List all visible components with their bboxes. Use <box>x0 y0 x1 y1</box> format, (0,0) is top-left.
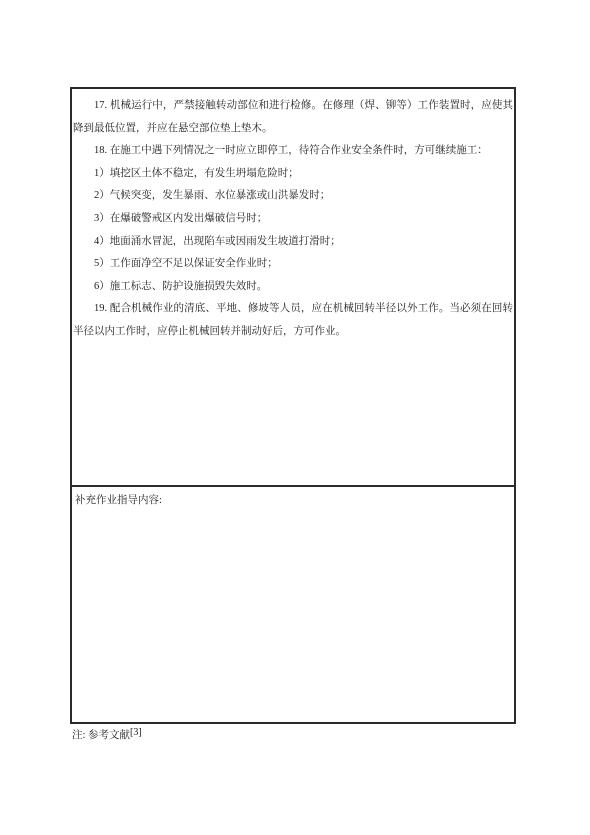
instructions-cell: 17. 机械运行中，严禁接触转动部位和进行检修。在修理（焊、铆等）工作装置时，应… <box>72 89 514 487</box>
paragraph-subitem-1: 1）填挖区土体不稳定，有发生坍塌危险时； <box>73 163 513 186</box>
note-text: 注: 参考文献 <box>72 730 130 741</box>
supplement-label: 补充作业指导内容: <box>75 493 511 508</box>
paragraph-subitem-3: 3）在爆破警戒区内发出爆破信号时； <box>73 208 513 231</box>
document-page: 17. 机械运行中，严禁接触转动部位和进行检修。在修理（焊、铆等）工作装置时，应… <box>0 0 590 835</box>
safety-instructions-table: 17. 机械运行中，严禁接触转动部位和进行检修。在修理（焊、铆等）工作装置时，应… <box>70 87 516 724</box>
paragraph-subitem-2: 2）气候突变，发生暴雨、水位暴涨或山洪暴发时； <box>73 185 513 208</box>
paragraph-item-17: 17. 机械运行中，严禁接触转动部位和进行检修。在修理（焊、铆等）工作装置时，应… <box>73 95 513 140</box>
supplement-cell: 补充作业指导内容: <box>72 487 514 722</box>
paragraph-subitem-4: 4）地面涌水冒泥，出现陷车或因雨发生坡道打滑时； <box>73 231 513 254</box>
paragraph-subitem-5: 5）工作面净空不足以保证安全作业时； <box>73 253 513 276</box>
paragraph-item-19: 19. 配合机械作业的清底、平地、修坡等人员，应在机械回转半径以外工作。当必须在… <box>73 298 513 343</box>
paragraph-item-18: 18. 在施工中遇下列情况之一时应立即停工，待符合作业安全条件时，方可继续施工： <box>73 140 513 163</box>
note-citation: [3] <box>130 727 142 738</box>
paragraph-subitem-6: 6）施工标志、防护设施损毁失效时。 <box>73 276 513 299</box>
reference-note: 注: 参考文献[3] <box>72 728 142 744</box>
